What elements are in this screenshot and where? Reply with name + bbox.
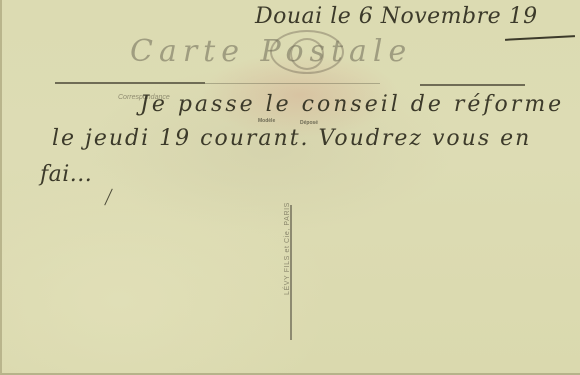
date-underline — [505, 35, 575, 41]
message-line-3: fai... — [40, 162, 92, 187]
header-rule-right — [420, 84, 525, 86]
header-rule-mid — [200, 83, 380, 84]
message-line-1: Je passe le conseil de réforme — [140, 92, 564, 117]
date-line: Douai le 6 Novembre 19 — [255, 4, 538, 29]
modele-label: Modèle — [258, 118, 275, 124]
printed-title: Carte Postale — [130, 34, 412, 69]
publisher-imprint: LÉVY FILS et Cie, PARIS — [284, 202, 291, 295]
pen-stroke — [104, 189, 113, 206]
postcard-back: Carte Postale Douai le 6 Novembre 19 Cor… — [0, 0, 580, 375]
message-line-2: le jeudi 19 courant. Voudrez vous en — [52, 126, 531, 151]
header-rule-left — [55, 82, 205, 84]
